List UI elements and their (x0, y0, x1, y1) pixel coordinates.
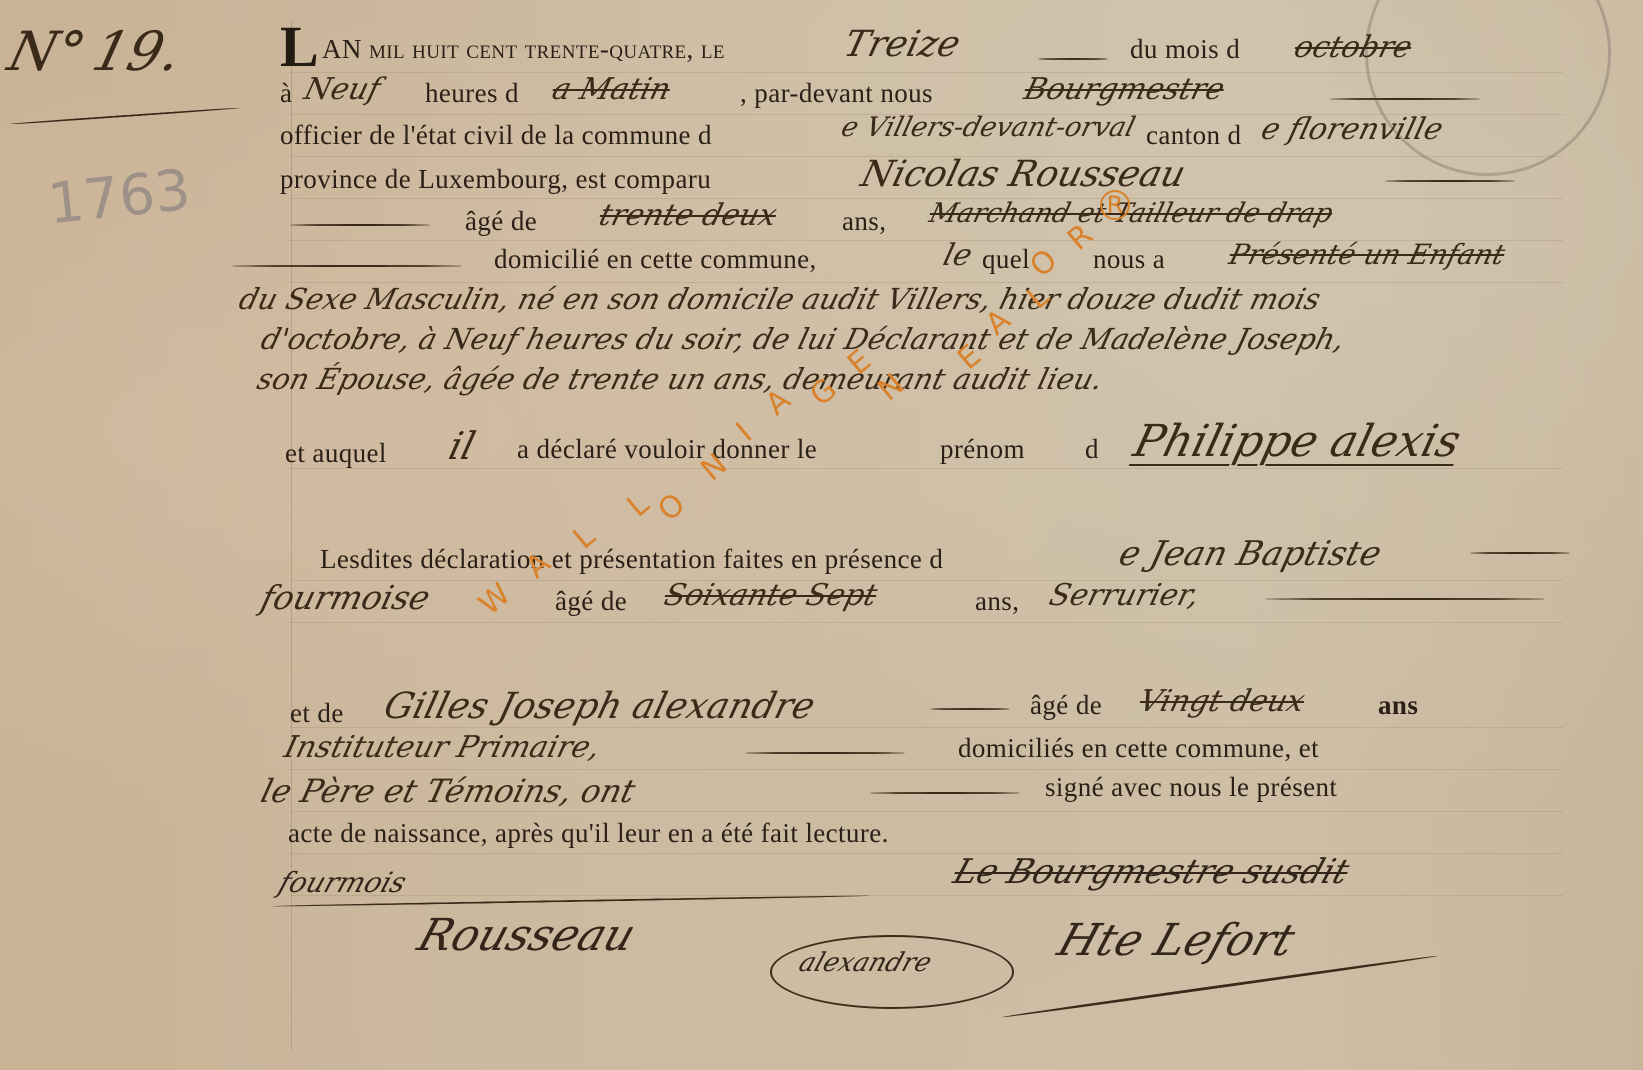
print-line-10a: et auquel (285, 438, 387, 469)
print-line-6b: quel (982, 244, 1030, 275)
print-line-6c: nous a (1093, 244, 1165, 275)
record-number-flourish (10, 107, 240, 125)
pencil-annotation: 1763 (45, 158, 194, 238)
official-seal-stamp (1365, 0, 1611, 176)
hand-line-15: le Père et Témoins, ont (257, 772, 639, 810)
hand-il: il (445, 424, 480, 468)
ruled-line (290, 580, 1563, 581)
print-line-11a: Lesdites déclaration et présentation fai… (320, 544, 943, 575)
print-line-15a: signé avec nous le présent (1045, 772, 1337, 803)
watermark-letter: L (621, 487, 656, 525)
filler-flourish (745, 752, 905, 754)
signature-witness2: alexandre (795, 948, 935, 978)
hand-official: Bourgmestre (1021, 72, 1228, 107)
print-line-13a: et de (290, 698, 344, 729)
ruled-line (290, 811, 1563, 812)
hand-lequel: le (940, 238, 976, 273)
print-line-6a: domicilié en cette commune, (494, 244, 817, 275)
hand-declarant-occupation: Marchand et Tailleur de drap (926, 198, 1336, 229)
hand-canton: e florenville (1258, 112, 1447, 147)
ruled-line (290, 853, 1563, 854)
signature-witness1: fourmois (275, 866, 411, 899)
print-line-2a: à (280, 78, 292, 109)
filler-flourish (1470, 552, 1570, 554)
hand-witness1-given: e Jean Baptiste (1115, 534, 1385, 574)
hand-witness2-age: Vingt deux (1136, 684, 1309, 719)
print-line-10c: prénom (940, 434, 1025, 465)
print-line-5b: ans, (842, 206, 886, 237)
print-line-1a: AN mil huit cent trente-quatre, le (322, 34, 725, 65)
record-number: N°19. (2, 20, 188, 83)
filler-flourish (1330, 98, 1480, 100)
print-line-3a: officier de l'état civil de la commune d (280, 120, 712, 151)
print-line-12b: ans, (975, 586, 1019, 617)
record-number-value: 19. (86, 20, 188, 83)
print-line-10d: d (1085, 434, 1099, 465)
print-line-2c: , par-devant nous (740, 78, 933, 109)
hand-commune: e Villers-devant-orval (838, 112, 1138, 143)
registered-icon: R (1100, 190, 1130, 220)
hand-witness2-name: Gilles Joseph alexandre (380, 686, 819, 727)
mayor-title: Le Bourgmestre susdit (949, 852, 1355, 892)
hand-witness1-age: Soixante Sept (661, 578, 881, 613)
ruled-line (290, 727, 1563, 728)
print-line-10b: a déclaré vouloir donner le (517, 434, 817, 465)
print-line-5a: âgé de (465, 206, 537, 237)
hand-witness1-occupation: Serrurier, (1046, 578, 1203, 613)
hand-witness2-occupation: Instituteur Primaire, (281, 730, 604, 765)
filler-flourish (870, 792, 1020, 794)
hand-declarant-name: Nicolas Rousseau (857, 154, 1190, 195)
ruled-line (290, 895, 1563, 896)
signature-father: Rousseau (412, 910, 642, 961)
filler-flourish (232, 265, 462, 267)
ruled-line (290, 622, 1563, 623)
hand-hour: Neuf (301, 72, 384, 107)
print-line-3b: canton d (1146, 120, 1241, 151)
hand-month: octobre (1291, 30, 1416, 65)
signature-mayor: Hte Lefort (1052, 915, 1301, 966)
filler-flourish (1385, 180, 1515, 182)
print-line-16a: acte de naissance, après qu'il leur en a… (288, 818, 889, 849)
hand-presented: Présenté un Enfant (1226, 238, 1509, 271)
hand-witness1-surname: fourmoise (257, 578, 434, 617)
watermark-letter: O (652, 487, 693, 529)
hand-day: Treize (840, 24, 965, 65)
hand-child-given-names: Philippe alexis (1129, 416, 1466, 467)
filler-flourish (1038, 58, 1108, 60)
print-line-1b: du mois d (1130, 34, 1240, 65)
filler-flourish (930, 708, 1010, 710)
print-line-14a: domiciliés en cette commune, et (958, 733, 1319, 764)
print-line-12a: âgé de (555, 586, 627, 617)
hand-period: a Matin (549, 72, 675, 107)
watermark-letter: W (472, 577, 517, 623)
print-line-4a: province de Luxembourg, est comparu (280, 164, 711, 195)
print-line-13c: ans (1378, 690, 1418, 721)
ruled-line (290, 198, 1563, 199)
print-line-13b: âgé de (1030, 690, 1102, 721)
ruled-line (290, 769, 1563, 770)
hand-line-7: du Sexe Masculin, né en son domicile aud… (236, 282, 1324, 316)
hand-line-8: d'octobre, à Neuf heures du soir, de lui… (258, 322, 1348, 356)
print-line-2b: heures d (425, 78, 519, 109)
ruled-line (290, 468, 1563, 469)
filler-flourish (290, 224, 430, 226)
record-number-label: N° (2, 20, 92, 83)
hand-declarant-age: trente deux (596, 198, 781, 233)
filler-flourish (1265, 598, 1545, 600)
drop-cap-L: L (280, 18, 319, 76)
